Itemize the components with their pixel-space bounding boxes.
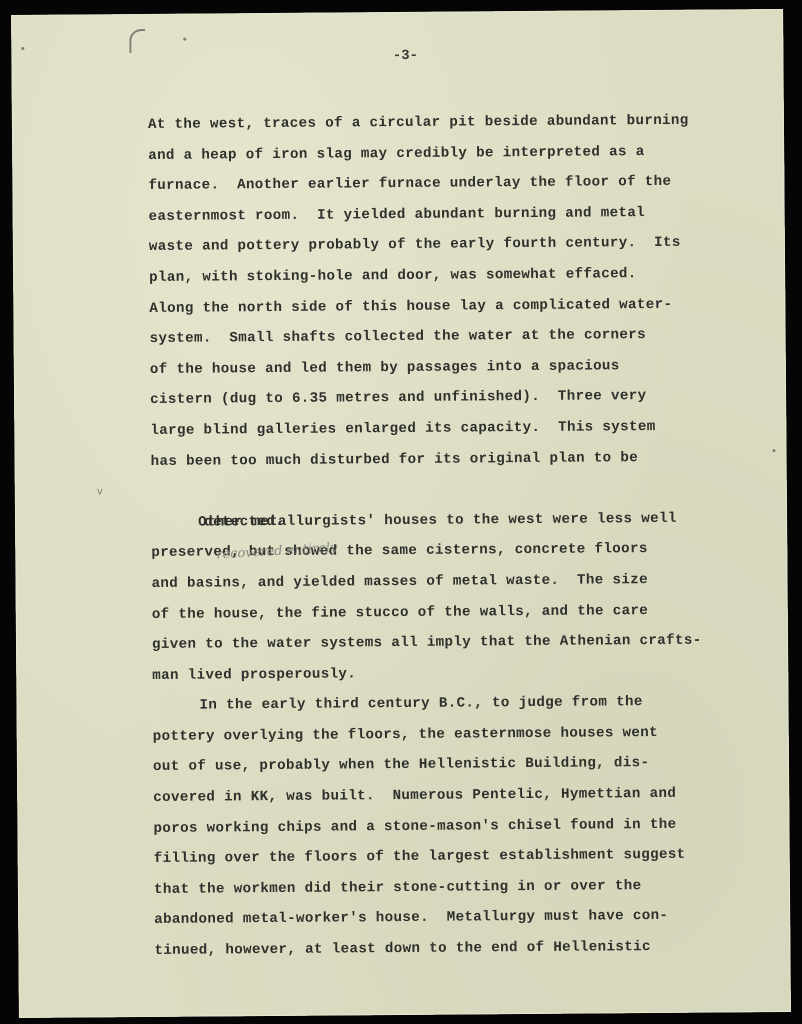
text-line: given to the water systems all imply tha… [152, 625, 772, 660]
text-line: filling over the floors of the largest e… [154, 839, 774, 874]
paragraph-start-line: Other metallurgists' houses to the west … [151, 503, 771, 538]
text-line: waste and pottery probably of the early … [149, 227, 769, 262]
text-line: of the house, the fine stucco of the wal… [152, 595, 772, 630]
scanned-page: -3- v At the west, traces of a circular … [11, 9, 791, 1018]
text-line: system. Small shafts collected the water… [150, 319, 770, 354]
text-line: pottery overlying the floors, the easter… [153, 717, 773, 752]
text-line-with-note: detected. recovered entirely [151, 472, 771, 507]
text-line: of the house and led them by passages in… [150, 350, 770, 385]
text-line: has been too much disturbed for its orig… [150, 442, 770, 477]
text-line: abandoned metal-worker's house. Metallur… [154, 901, 774, 936]
text-line: easternmost room. It yielded abundant bu… [149, 197, 769, 232]
text-line: plan, with stoking-hole and door, was so… [149, 258, 769, 293]
page-number: -3- [11, 45, 783, 67]
text-line: Along the north side of this house lay a… [149, 289, 769, 324]
typed-body-text: At the west, traces of a circular pit be… [148, 105, 775, 966]
paper-speck [21, 47, 24, 50]
text-line: out of use, probably when the Hellenisti… [153, 748, 773, 783]
paper-speck [773, 449, 776, 452]
text-line: covered in KK, was built. Numerous Pente… [153, 778, 773, 813]
paragraph-start-line: In the early third century B.C., to judg… [152, 686, 772, 721]
margin-check-mark: v [97, 486, 103, 497]
text-line: tinued, however, at least down to the en… [154, 931, 774, 966]
text-line: man lived prosperously. [152, 656, 772, 691]
text-line: furnace. Another earlier furnace underla… [148, 166, 768, 201]
text-line: large blind galleries enlarged its capac… [150, 411, 770, 446]
paper-speck [183, 38, 186, 41]
text-line: poros working chips and a stone-mason's … [153, 809, 773, 844]
text-line: cistern (dug to 6.35 metres and unfinish… [150, 380, 770, 415]
text-line: At the west, traces of a circular pit be… [148, 105, 768, 140]
text-line: and a heap of iron slag may credibly be … [148, 136, 768, 171]
text-line: that the workmen did their stone-cutting… [154, 870, 774, 905]
